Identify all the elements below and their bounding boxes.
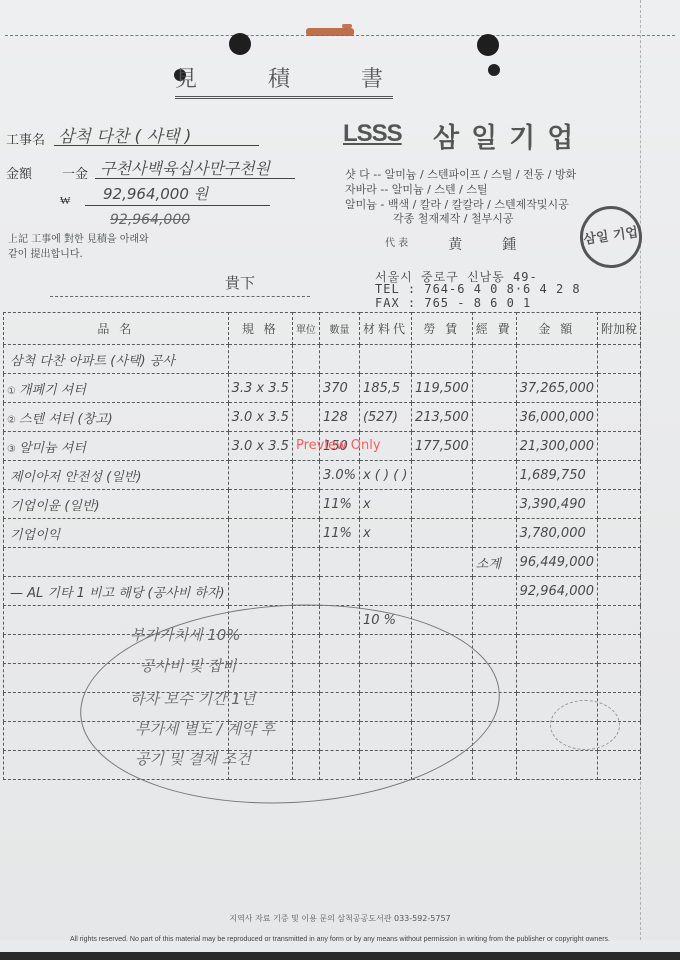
col-header-unit: 單位 [292,313,319,345]
item-name: 개폐기 셔터 [19,383,86,398]
staple-hole-mark [488,64,500,76]
row-number-mark: ③ [7,444,16,455]
cell-spec [228,519,292,548]
col-header-item: 品 名 [4,313,229,345]
cell-vat [598,403,641,432]
cell-vat [598,519,641,548]
cell-qty [319,548,359,577]
rep-name-char: 黄 [448,234,462,254]
cell-qty: 3.0% [319,461,359,490]
note-line: 부가가치세 10% [130,624,241,645]
cell-expense [472,432,516,461]
rust-stain-small [342,24,352,28]
addressee-line [50,296,310,297]
addressee-honorific: 貴下 [225,272,255,293]
representative: 代 表 黄 鍾 [385,234,516,254]
cell-qty: 128 [319,403,359,432]
cell-material: x ( ) ( ) [359,461,411,490]
table-row: ①개폐기 셔터3.3 x 3.5370185,5119,50037,265,00… [4,374,641,403]
cell-labor [411,490,472,519]
cell-vat [598,635,641,664]
cell-spec [228,577,292,606]
cell-material: x [359,490,411,519]
cell-vat [598,751,641,780]
preview-watermark: Preview Only [296,438,381,453]
cell-labor [411,461,472,490]
item-name: 제이아저 안전성 (일반) [10,470,141,485]
col-header-expense: 經 費 [472,313,516,345]
document-title: 見 積 書 [175,62,385,93]
cell-expense [472,403,516,432]
cell-spec: 3.0 x 3.5 [228,403,292,432]
cell-vat [598,461,641,490]
cell-expense [472,606,516,635]
cell-material [359,577,411,606]
note-line: 부가세 별도 / 계약 후 [135,718,275,739]
cell-material [359,548,411,577]
cell-expense [472,345,516,374]
cell-unit [292,548,319,577]
cell-labor [411,519,472,548]
cell-expense [472,577,516,606]
cell-item: — AL 기타 1 비고 해당 (공사비 하자) [4,577,229,606]
project-label: 工事名 [6,129,45,148]
cell-item [4,548,229,577]
cell-vat [598,606,641,635]
intro-line-1: 上記 工事에 對한 見積을 아래와 [8,232,149,247]
amount-prefix: 一金 [62,163,88,182]
col-header-amount: 金 額 [516,313,597,345]
cell-amount: 36,000,000 [516,403,597,432]
project-underline [54,145,259,146]
cell-expense [472,519,516,548]
archive-notice: 지역사 자료 기증 및 이용 문의 삼척공공도서관 033-592-5757 [0,913,680,924]
cell-unit [292,577,319,606]
item-name: 기업이익 [10,528,60,543]
cell-unit [292,490,319,519]
cell-amount [516,635,597,664]
cell-vat [598,664,641,693]
cell-amount: 3,390,490 [516,490,597,519]
title-underline [175,96,393,99]
cell-qty [319,345,359,374]
scan-edge [0,952,680,960]
copyright-notice: All rights reserved. No part of this mat… [0,936,680,943]
amount-underline [95,178,295,179]
cell-amount [516,606,597,635]
faint-seal-impression [550,700,620,750]
cell-labor: 119,500 [411,374,472,403]
item-name: 스텐 셔터 (창고) [19,412,113,427]
title-char: 積 [268,62,292,93]
cell-amount: 96,449,000 [516,548,597,577]
cell-expense [472,490,516,519]
company-seal-stamp: 삼일 기업 [576,202,646,272]
scanned-quotation-page: 見 積 書 工事名 삼척 다찬 ( 사택 ) 金額 一金 구천사백육십사만구천원… [0,0,680,940]
cell-material: 185,5 [359,374,411,403]
cell-unit [292,519,319,548]
item-name: — AL 기타 1 비고 해당 (공사비 하자) [10,586,225,601]
cell-qty: 11% [319,490,359,519]
rust-stain [306,28,354,36]
table-row: 삼척 다찬 아파트 (사택) 공사 [4,345,641,374]
cell-labor [411,345,472,374]
cell-qty: 11% [319,519,359,548]
item-name: 삼척 다찬 아파트 (사택) 공사 [10,354,175,369]
col-header-material: 材料代 [359,313,411,345]
punch-hole-right [477,34,499,56]
table-header-row: 品 名 規 格 單位 數量 材料代 勞 賃 經 費 金 額 附加稅 [4,313,641,345]
cell-spec: 3.0 x 3.5 [228,432,292,461]
company-tel: TEL : 764-6 4 0 8·6 4 2 8 [375,282,581,296]
title-char: 書 [361,62,385,93]
table-row: — AL 기타 1 비고 해당 (공사비 하자)92,964,000 [4,577,641,606]
table-row: 제이아저 안전성 (일반)3.0%x ( ) ( )1,689,750 [4,461,641,490]
col-header-spec: 規 格 [228,313,292,345]
item-name: 알미늄 셔터 [19,441,86,456]
rep-name-char: 鍾 [502,234,516,254]
row-number-mark: ① [7,386,16,397]
note-line: 하자 보수 기간 1년 [130,688,255,709]
punch-hole-left [229,33,251,55]
amount-numeric: 92,964,000 원 [103,183,208,204]
col-header-vat: 附加稅 [598,313,641,345]
cell-spec [228,461,292,490]
cell-amount [516,664,597,693]
cell-vat [598,432,641,461]
cell-expense [472,374,516,403]
cell-item: 기업이익 [4,519,229,548]
cell-expense: 소계 [472,548,516,577]
cell-material [359,345,411,374]
business-line: 각종 철재제작 / 철부시공 [393,210,513,226]
row-number-mark: ② [7,415,16,426]
cell-labor: 177,500 [411,432,472,461]
cell-item: 기업이윤 (일반) [4,490,229,519]
won-underline [85,205,270,206]
cell-material: x [359,519,411,548]
item-name: 기업이윤 (일반) [10,499,100,514]
cell-item: 삼척 다찬 아파트 (사택) 공사 [4,345,229,374]
cell-unit [292,374,319,403]
project-name: 삼척 다찬 ( 사택 ) [58,122,191,147]
cell-labor [411,577,472,606]
amount-hangul: 구천사백육십사만구천원 [100,156,270,179]
cell-expense [472,461,516,490]
cell-labor [411,548,472,577]
cell-vat [598,548,641,577]
note-line: 공기 및 결재 조건 [135,748,251,769]
intro-line-2: 같이 提出합니다. [8,247,149,262]
cell-amount [516,751,597,780]
rep-label: 代 表 [385,234,408,254]
cell-unit [292,345,319,374]
cell-vat [598,345,641,374]
cell-vat [598,374,641,403]
business-line: 샷 다 -- 알미늄 / 스텐파이프 / 스틸 / 전동 / 방화 [345,166,576,182]
cell-amount: 3,780,000 [516,519,597,548]
company-fax: FAX : 765 - 8 6 0 1 [375,296,531,310]
cell-material: (527) [359,403,411,432]
cell-spec [228,548,292,577]
cell-spec [228,345,292,374]
business-line: 자바라 -- 알미늄 / 스텐 / 스틸 [345,181,488,197]
cell-item: ③알미늄 셔터 [4,432,229,461]
table-row: 소계96,449,000 [4,548,641,577]
cell-unit [292,461,319,490]
company-logo: LSSS [343,120,402,148]
cell-item: 제이아저 안전성 (일반) [4,461,229,490]
table-row: 기업이익11%x3,780,000 [4,519,641,548]
table-row: 기업이윤 (일반)11%x3,390,490 [4,490,641,519]
cell-qty [319,577,359,606]
cell-item: ①개폐기 셔터 [4,374,229,403]
amount-label: 金額 [6,163,32,182]
cell-unit [292,403,319,432]
company-name: 삼일기업 [433,116,585,155]
amount-numeric-struck: 92,964,000 [110,212,190,228]
cell-qty: 370 [319,374,359,403]
cell-expense [472,751,516,780]
cell-item: ②스텐 셔터 (창고) [4,403,229,432]
won-symbol: ₩ [60,194,70,207]
col-header-qty: 數量 [319,313,359,345]
cell-labor: 213,500 [411,403,472,432]
cell-amount [516,345,597,374]
cell-vat [598,490,641,519]
intro-text: 上記 工事에 對한 見積을 아래와 같이 提出합니다. [8,232,149,262]
title-char: 見 [175,62,199,93]
cell-amount: 1,689,750 [516,461,597,490]
cell-amount: 21,300,000 [516,432,597,461]
table-row: ②스텐 셔터 (창고)3.0 x 3.5128(527)213,50036,00… [4,403,641,432]
col-header-labor: 勞 賃 [411,313,472,345]
cell-amount: 92,964,000 [516,577,597,606]
note-line: 공사비 및 잡비 [140,655,236,676]
cell-spec: 3.3 x 3.5 [228,374,292,403]
cell-amount: 37,265,000 [516,374,597,403]
cell-spec [228,490,292,519]
cell-vat [598,577,641,606]
